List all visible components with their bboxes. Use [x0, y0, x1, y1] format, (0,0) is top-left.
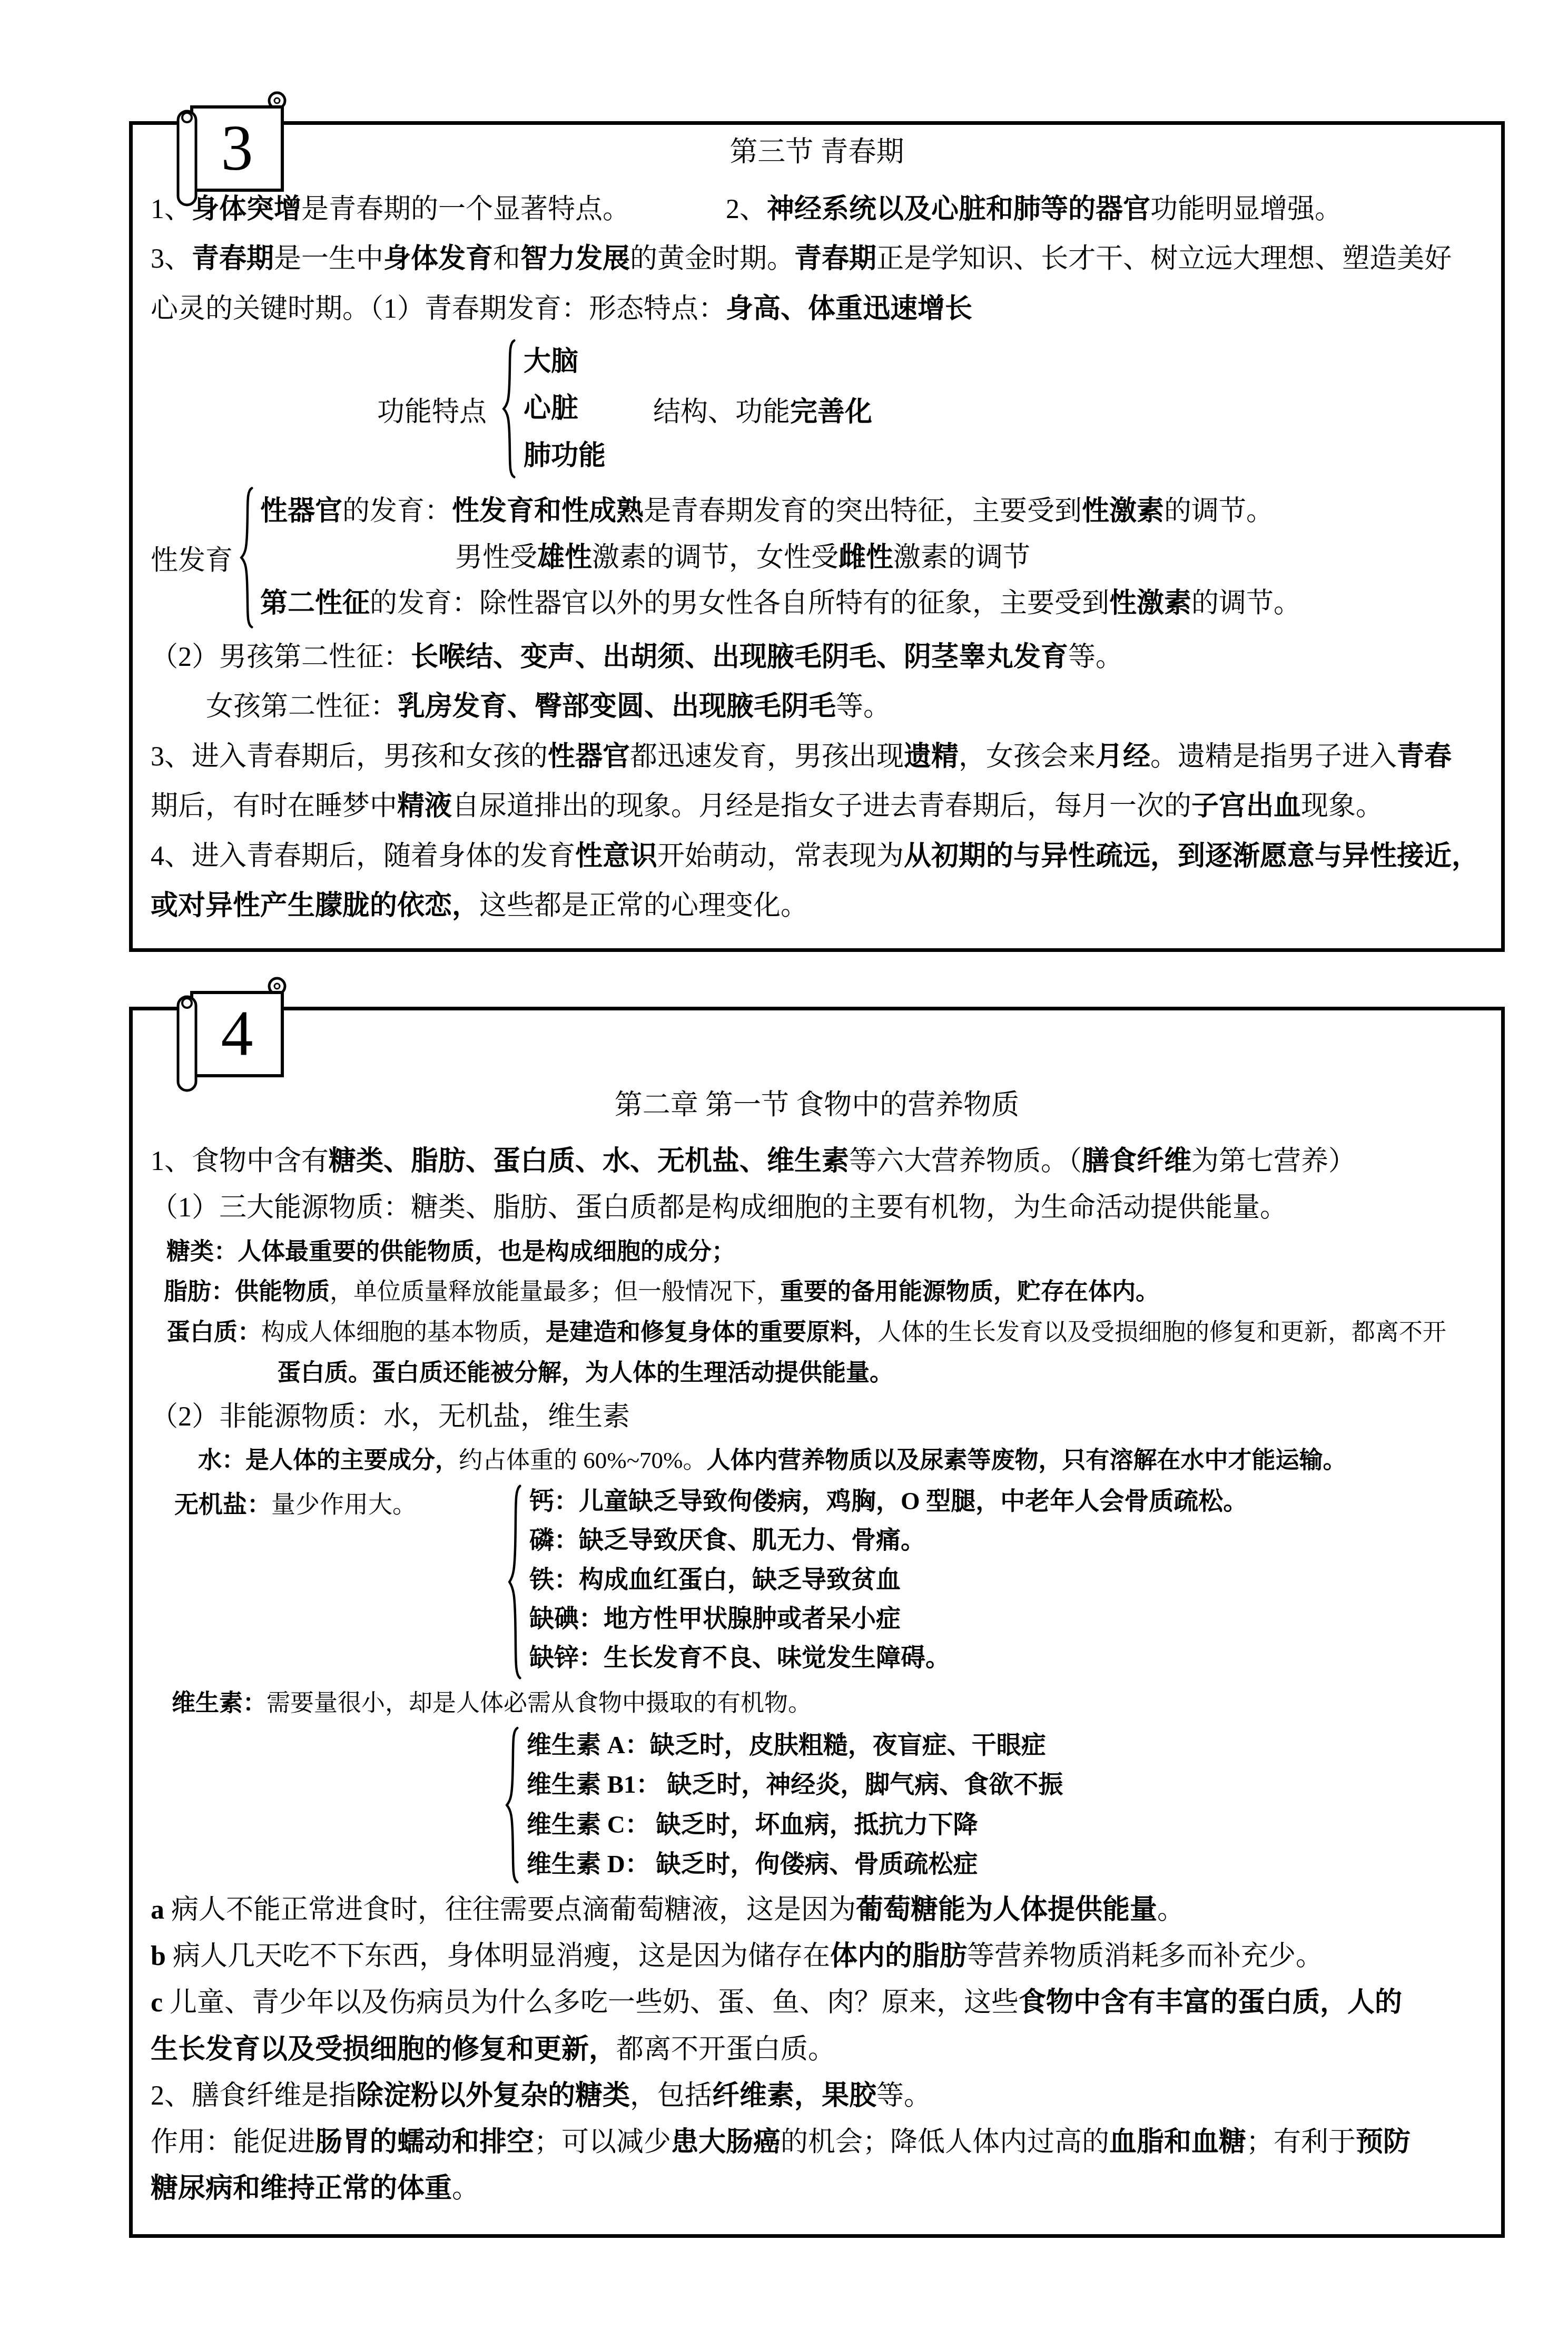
sexual-development-label: 性发育 [151, 538, 233, 577]
vitamin-a: 维生素 A：缺乏时，皮肤粗糙，夜盲症、干眼症 [527, 1726, 1063, 1765]
s3-point-3-line2: 心灵的关键时期。（1）青春期发育：形态特点：身高、体重迅速增长 [151, 286, 1483, 332]
secondary-trait-item: 第二性征的发育：除性器官以外的男女性各自所特有的征象，主要受到性激素的调节。 [260, 581, 1301, 626]
mineral-iodine: 缺碘：地方性甲状腺肿或者呆小症 [529, 1599, 1248, 1638]
section-3-box: 3 第三节 青春期 1、身体突增是青春期的一个显著特点。 2、神经系统以及心脏和… [129, 121, 1505, 952]
function-features-items: 大脑 心脏 肺功能 [524, 338, 606, 479]
s4-sugar: 糖类：人体最重要的供能物质，也是构成细胞的成分； [166, 1233, 1483, 1271]
hormone-item: 男性受雄性激素的调节，女性受雌性激素的调节 [260, 535, 1301, 581]
bracket-item-heart: 心脏 [524, 385, 606, 432]
badge-number: 3 [192, 107, 282, 190]
sexual-development-bracket: 性发育 性器官的发育：性发育和性成熟是青春期发育的突出特征，主要受到性激素的调节… [151, 485, 1483, 630]
vitamins-bracket: 维生素 A：缺乏时，皮肤粗糙，夜盲症、干眼症 维生素 B1： 缺乏时，神经炎，脚… [504, 1725, 1483, 1885]
s3-points-1-2: 1、身体突增是青春期的一个显著特点。 2、神经系统以及心脏和肺等的器官功能明显增… [151, 186, 1483, 233]
function-features-bracket: 功能特点 大脑 心脏 肺功能 结构、功能完善化 [377, 338, 1483, 480]
vitamin-c: 维生素 C： 缺乏时，坏血病，抵抗力下降 [527, 1805, 1063, 1845]
s4-example-c-line1: c 儿童、青少年以及伤病员为什么多吃一些奶、蛋、鱼、肉？原来，这些食物中含有丰富… [151, 1981, 1483, 2024]
s4-example-c-line2: 生长发育以及受损细胞的修复和更新，都离不开蛋白质。 [151, 2028, 1483, 2071]
s3-point-3-line1: 3、青春期是一生中身体发育和智力发展的黄金时期。青春期正是学知识、长才干、树立远… [151, 236, 1483, 282]
section4-title: 第二章 第一节 食物中的营养物质 [151, 1085, 1483, 1126]
s4-fat: 脂肪：供能物质，单位质量释放能量最多；但一般情况下，重要的备用能源物质，贮存在体… [164, 1273, 1483, 1311]
s4-protein-line1: 蛋白质：构成人体细胞的基本物质，是建造和修复身体的重要原料，人体的生长发育以及受… [166, 1313, 1483, 1352]
vitamin-d: 维生素 D： 缺乏时，佝偻病、骨质疏松症 [527, 1845, 1063, 1884]
s4-fiber-role-line2: 糖尿病和维持正常的体重。 [151, 2167, 1483, 2210]
vitamins-items: 维生素 A：缺乏时，皮肤粗糙，夜盲症、干眼症 维生素 B1： 缺乏时，神经炎，脚… [527, 1726, 1063, 1884]
s3-point-4-line2: 或对异性产生朦胧的依恋，这些都是正常的心理变化。 [151, 883, 1483, 929]
sexual-development-items: 性器官的发育：性发育和性成熟是青春期发育的突出特征，主要受到性激素的调节。 男性… [260, 488, 1301, 626]
s4-point-2: 2、膳食纤维是指除淀粉以外复杂的糖类，包括纤维素，果胶等。 [151, 2074, 1483, 2118]
badge-number: 4 [192, 992, 282, 1076]
function-note: 结构、功能完善化 [653, 389, 872, 429]
s4-point-1: 1、食物中含有糖类、脂肪、蛋白质、水、无机盐、维生素等六大营养物质。（膳食纤维为… [151, 1139, 1483, 1183]
s4-example-b: b 病人几天吃不下东西，身体明显消瘦，这是因为储存在体内的脂肪等营养物质消耗多而… [151, 1934, 1483, 1978]
function-features-label: 功能特点 [377, 389, 487, 429]
bracket-item-lung: 肺功能 [524, 433, 606, 479]
curly-brace-icon [504, 1725, 519, 1885]
s4-water: 水：是人体的主要成分，约占体重的 60%~70%。人体内营养物质以及尿素等废物，… [198, 1441, 1483, 1480]
scroll-badge-3: 3 [174, 89, 300, 210]
curly-brace-icon [238, 485, 254, 630]
mineral-iron: 铁：构成血红蛋白，缺乏导致贫血 [529, 1560, 1248, 1599]
minerals-bracket: 无机盐：量少作用大。 钙：儿童缺乏导致佝偻病，鸡胸，O 型腿，中老年人会骨质疏松… [174, 1482, 1483, 1682]
notes-page: 3 第三节 青春期 1、身体突增是青春期的一个显著特点。 2、神经系统以及心脏和… [0, 121, 1568, 2238]
s4-energy-sources: （1）三大能源物质：糖类、脂肪、蛋白质都是构成细胞的主要有机物，为生命活动提供能… [151, 1186, 1483, 1230]
s3-boys-traits: （2）男孩第二性征：长喉结、变声、出胡须、出现腋毛阴毛、阴茎睾丸发育等。 [151, 634, 1483, 681]
s3-point-3b-line1: 3、进入青春期后，男孩和女孩的性器官都迅速发育，男孩出现遗精，女孩会来月经。遗精… [151, 734, 1483, 780]
s4-non-energy: （2）非能源物质：水，无机盐，维生素 [151, 1395, 1483, 1439]
vitamin-b1: 维生素 B1： 缺乏时，神经炎，脚气病、食欲不振 [527, 1765, 1063, 1805]
s4-fiber-role-line1: 作用：能促进肠胃的蠕动和排空；可以减少患大肠癌的机会；降低人体内过高的血脂和血糖… [151, 2120, 1483, 2164]
s3-point-4-line1: 4、进入青春期后，随着身体的发育性意识开始萌动，常表现为从初期的与异性疏远，到逐… [151, 833, 1483, 880]
minerals-label: 无机盐：量少作用大。 [174, 1482, 506, 1524]
section3-title: 第三节 青春期 [151, 132, 1483, 173]
mineral-calcium: 钙：儿童缺乏导致佝偻病，鸡胸，O 型腿，中老年人会骨质疏松。 [529, 1482, 1248, 1521]
sex-organ-item: 性器官的发育：性发育和性成熟是青春期发育的突出特征，主要受到性激素的调节。 [260, 488, 1301, 534]
s4-vitamin-label: 维生素：需要量很小，却是人体必需从食物中摄取的有机物。 [172, 1684, 1483, 1723]
minerals-items: 钙：儿童缺乏导致佝偻病，鸡胸，O 型腿，中老年人会骨质疏松。 磷：缺乏导致厌食、… [529, 1482, 1248, 1677]
s4-example-a: a 病人不能正常进食时，往往需要点滴葡萄糖液，这是因为葡萄糖能为人体提供能量。 [151, 1888, 1483, 1932]
curly-brace-icon [500, 338, 516, 480]
s3-point-3b-line2: 期后，有时在睡梦中精液自尿道排出的现象。月经是指女子进去青春期后，每月一次的子宫… [151, 783, 1483, 830]
curly-brace-icon [506, 1482, 522, 1682]
s3-girls-traits: 女孩第二性征：乳房发育、臀部变圆、出现腋毛阴毛等。 [206, 684, 1483, 730]
scroll-badge-4: 4 [174, 975, 300, 1096]
mineral-phosphorus: 磷：缺乏导致厌食、肌无力、骨痛。 [529, 1521, 1248, 1560]
bracket-item-brain: 大脑 [524, 338, 606, 385]
s4-protein-line2: 蛋白质。蛋白质还能被分解，为人体的生理活动提供能量。 [277, 1354, 1483, 1392]
section-4-box: 4 第二章 第一节 食物中的营养物质 1、食物中含有糖类、脂肪、蛋白质、水、无机… [129, 1007, 1505, 2238]
mineral-zinc: 缺锌：生长发育不良、味觉发生障碍。 [529, 1638, 1248, 1677]
